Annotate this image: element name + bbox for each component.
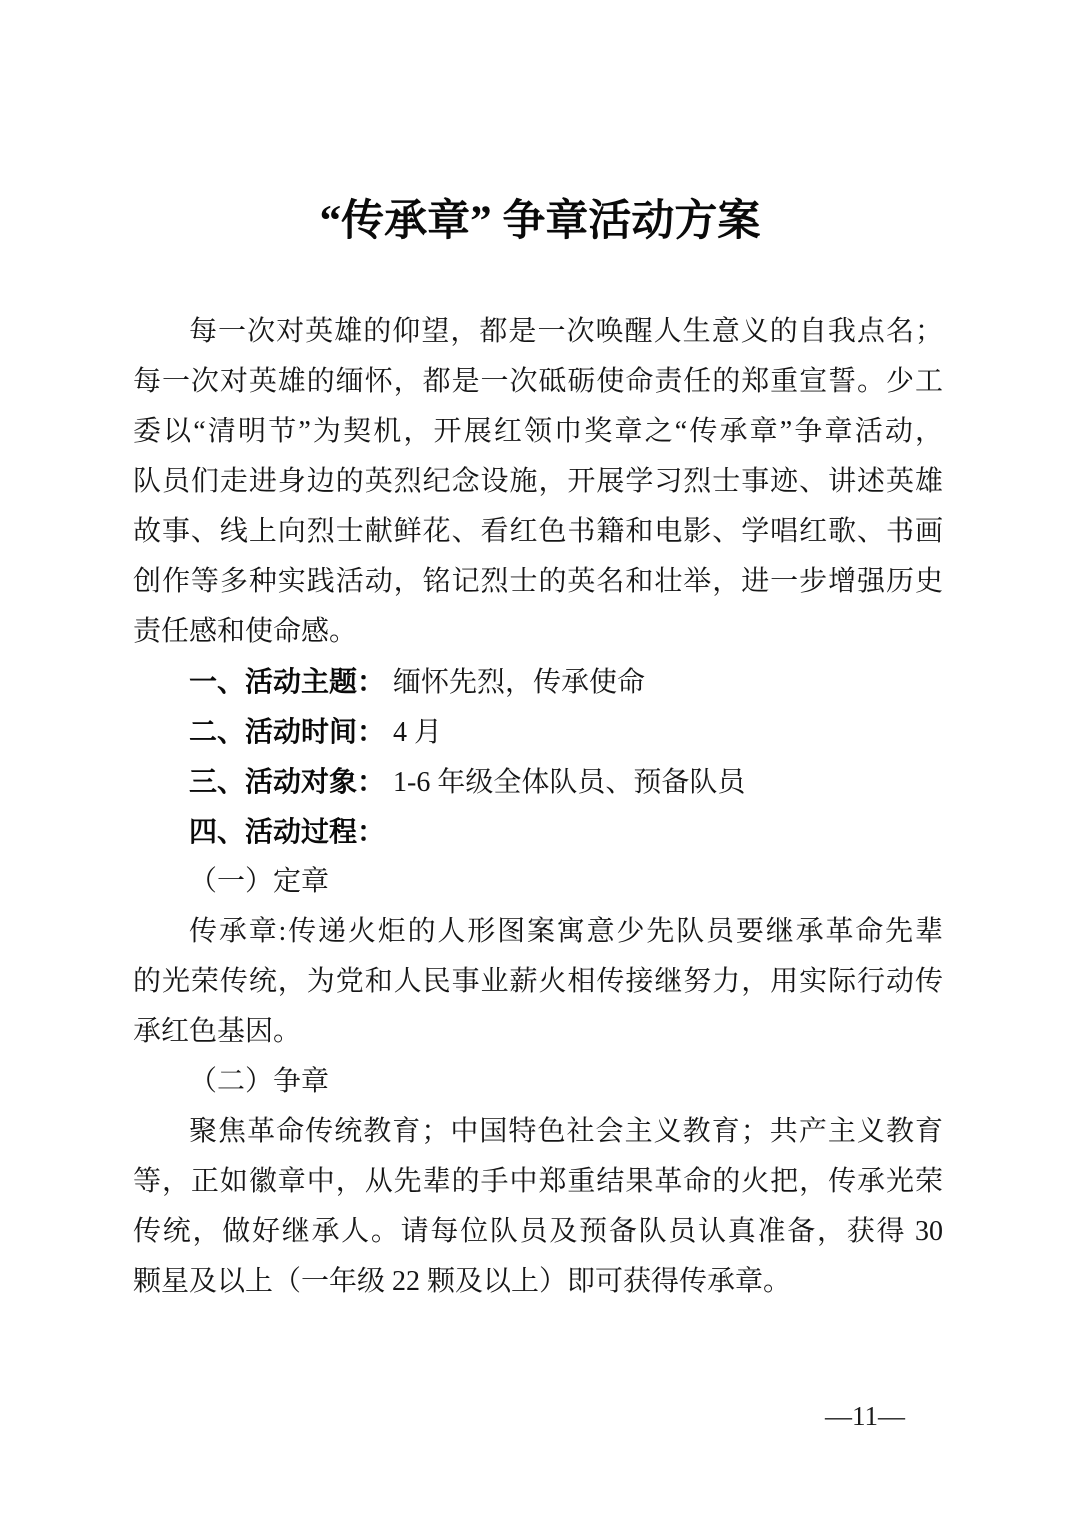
document-page: “传承章” 争章活动方案 每一次对英雄的仰望，都是一次唤醒人生意义的自我点名；每…	[0, 0, 1080, 1527]
page-title: “传承章” 争章活动方案	[0, 196, 1080, 248]
text-line: 传统，做好继承人。请每位队员及预备队员认真准备，获得 30	[133, 1207, 943, 1257]
text-line: 等，正如徽章中，从先辈的手中郑重结果革命的火把，传承光荣	[133, 1157, 943, 1207]
text-line: 的光荣传统，为党和人民事业薪火相传接继努力，用实际行动传	[133, 957, 943, 1007]
text-line: 责任感和使命感。	[133, 607, 943, 657]
text-line: 每一次对英雄的仰望，都是一次唤醒人生意义的自我点名；	[133, 307, 943, 357]
text-line: 创作等多种实践活动，铭记烈士的英名和壮举，进一步增强历史	[133, 557, 943, 607]
text-line: 传承章:传递火炬的人形图案寓意少先队员要继承革命先辈	[133, 907, 943, 957]
item-label: 二、活动时间：	[189, 716, 385, 747]
text-line: 颗星及以上（一年级 22 颗及以上）即可获得传承章。	[133, 1257, 943, 1307]
text-line: 承红色基因。	[133, 1007, 943, 1057]
paragraph-zhengzhang: 聚焦革命传统教育；中国特色社会主义教育；共产主义教育等，正如徽章中，从先辈的手中…	[133, 1107, 943, 1307]
text-line: 聚焦革命传统教育；中国特色社会主义教育；共产主义教育	[133, 1107, 943, 1157]
document-body: 每一次对英雄的仰望，都是一次唤醒人生意义的自我点名；每一次对英雄的缅怀，都是一次…	[133, 307, 943, 1307]
item-value: 1-6 年级全体队员、预备队员	[393, 767, 745, 798]
text-line: 队员们走进身边的英烈纪念设施，开展学习烈士事迹、讲述英雄	[133, 457, 943, 507]
item-label: 四、活动过程：	[189, 816, 385, 847]
intro-paragraph: 每一次对英雄的仰望，都是一次唤醒人生意义的自我点名；每一次对英雄的缅怀，都是一次…	[133, 307, 943, 657]
paragraph-dingzhang: 传承章:传递火炬的人形图案寓意少先队员要继承革命先辈的光荣传统，为党和人民事业薪…	[133, 907, 943, 1057]
item-label: 三、活动对象：	[189, 766, 385, 797]
page-number: —11—	[825, 1396, 905, 1436]
text-line: 每一次对英雄的缅怀，都是一次砥砺使命责任的郑重宣誓。少工	[133, 357, 943, 407]
text-line: 委以“清明节”为契机，开展红领巾奖章之“传承章”争章活动，	[133, 407, 943, 457]
list-item-time: 二、活动时间：4 月	[133, 707, 943, 757]
item-label: 一、活动主题：	[189, 666, 385, 697]
subheading-zhengzhang: （二）争章	[133, 1057, 943, 1107]
list-item-process: 四、活动过程：	[133, 807, 943, 857]
item-value: 缅怀先烈，传承使命	[393, 667, 645, 698]
item-value: 4 月	[393, 717, 442, 748]
list-item-target: 三、活动对象：1-6 年级全体队员、预备队员	[133, 757, 943, 807]
text-line: 故事、线上向烈士献鲜花、看红色书籍和电影、学唱红歌、书画	[133, 507, 943, 557]
subheading-dingzhang: （一）定章	[133, 857, 943, 907]
list-item-theme: 一、活动主题：缅怀先烈，传承使命	[133, 657, 943, 707]
